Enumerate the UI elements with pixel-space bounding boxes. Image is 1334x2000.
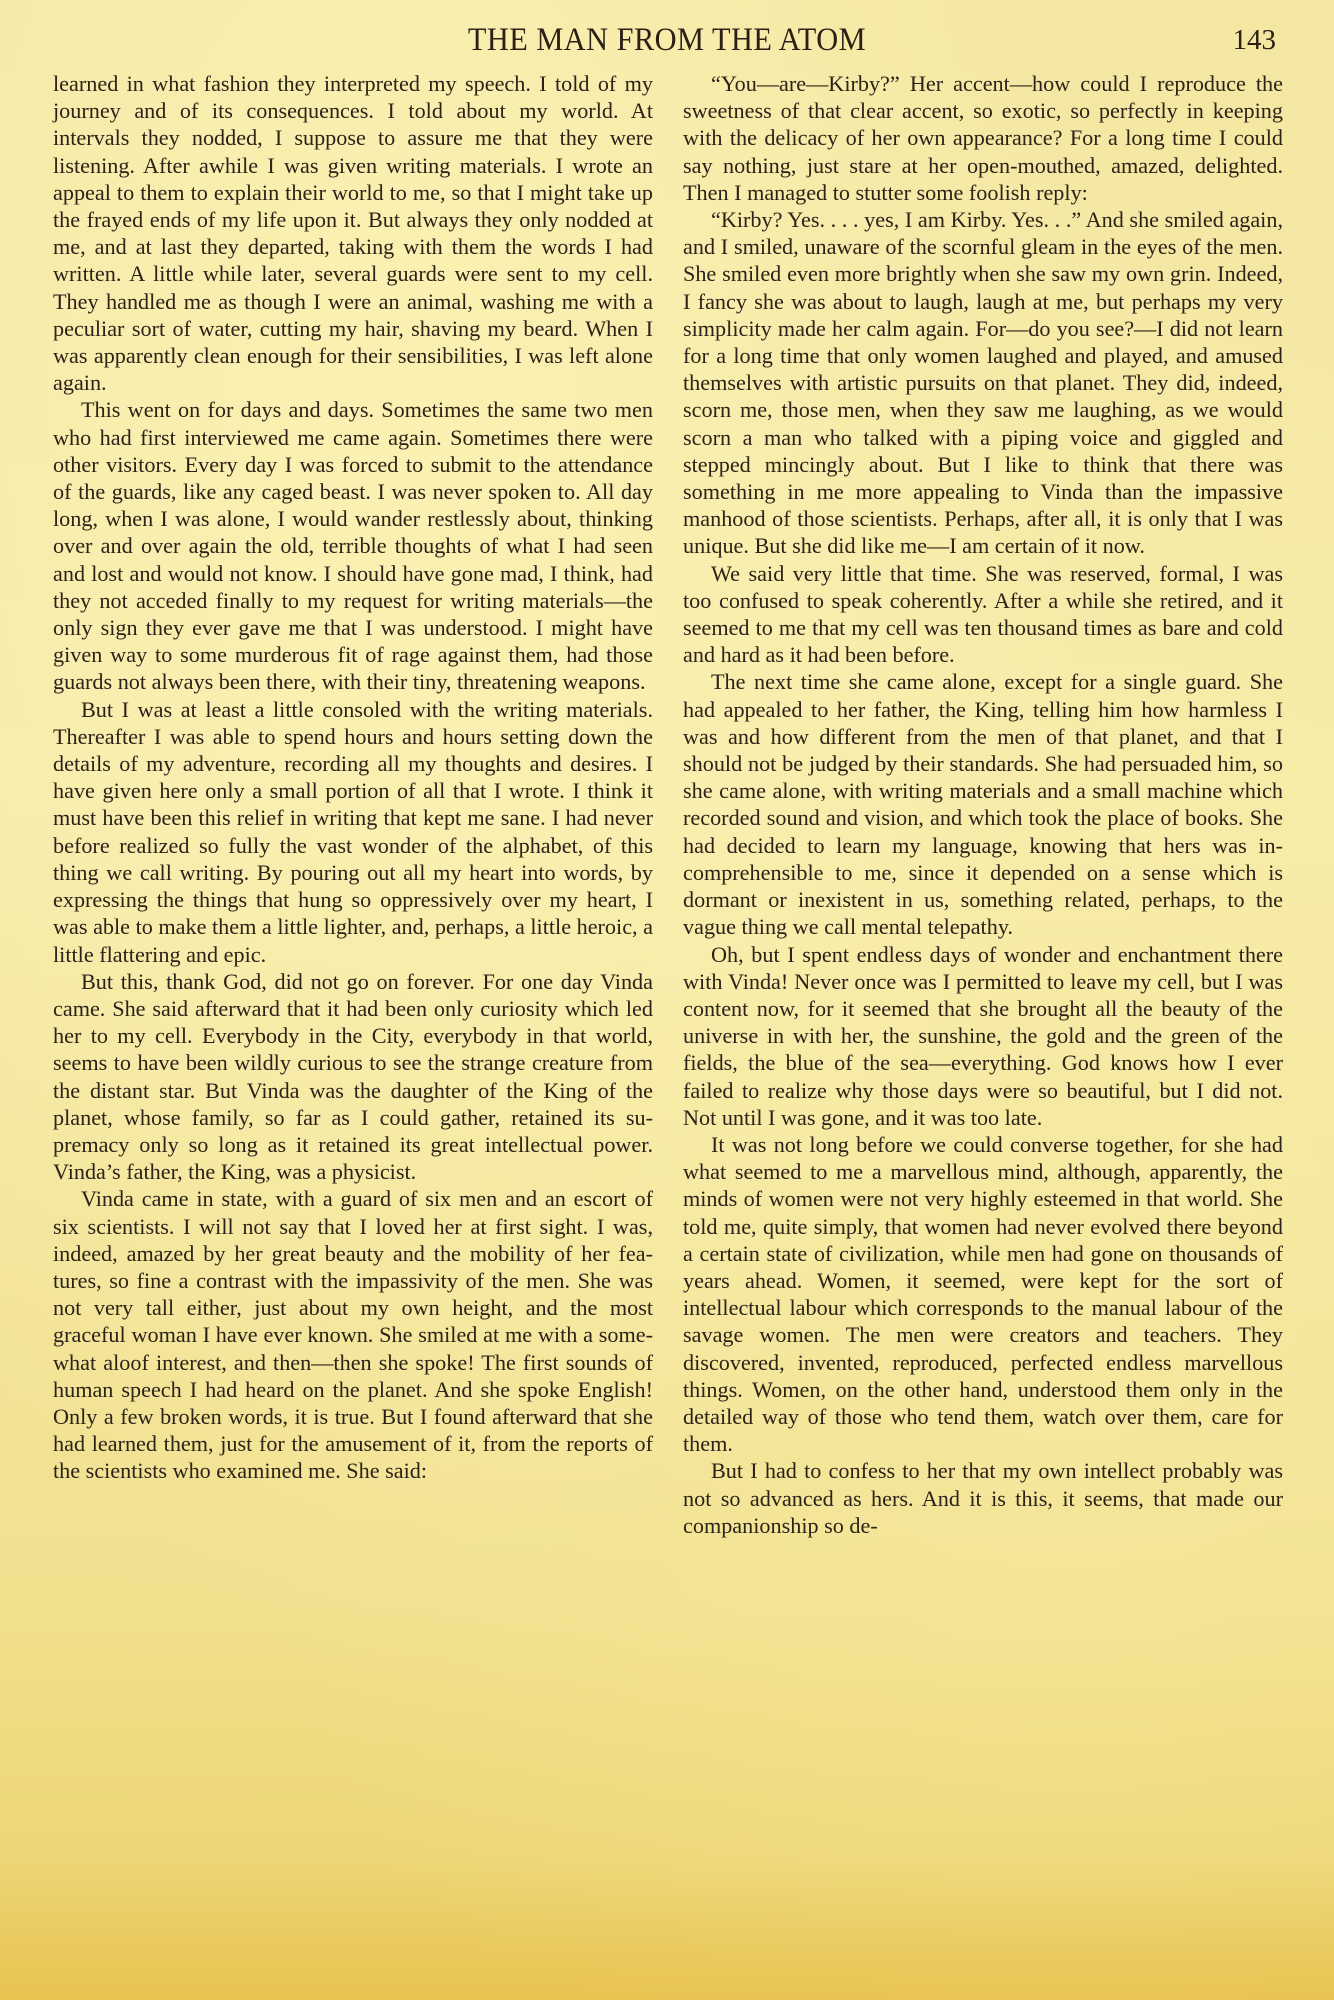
paragraph: Oh, but I spent endless days of wonder a… <box>683 941 1283 1131</box>
paragraph: This went on for days and days. Sometime… <box>53 396 653 695</box>
paragraph: We said very little that time. She was r… <box>683 560 1283 669</box>
paragraph: It was not long before we could converse… <box>683 1131 1283 1457</box>
paragraph: learned in what fashion they interpreted… <box>53 70 653 396</box>
paragraph: Vinda came in state, with a guard of six… <box>53 1185 653 1484</box>
paragraph: “Kirby? Yes. . . . yes, I am Kirby. Yes.… <box>683 206 1283 560</box>
running-title: THE MAN FROM THE ATOM <box>53 22 1280 59</box>
paragraph: “You—are—Kirby?” Her accent—how could I … <box>683 70 1283 206</box>
paragraph: But I was at least a little consoled wit… <box>53 696 653 968</box>
paragraph: But I had to confess to her that my own … <box>683 1457 1283 1539</box>
magazine-page: THE MAN FROM THE ATOM 143 learned in wha… <box>0 0 1334 2000</box>
paragraph: But this, thank God, did not go on forev… <box>53 968 653 1186</box>
running-head: THE MAN FROM THE ATOM 143 <box>0 22 1334 62</box>
page-number: 143 <box>1233 24 1277 57</box>
paragraph: The next time she came alone, except for… <box>683 668 1283 940</box>
left-column: learned in what fashion they interpreted… <box>53 70 653 1485</box>
right-column: “You—are—Kirby?” Her accent—how could I … <box>683 70 1283 1539</box>
